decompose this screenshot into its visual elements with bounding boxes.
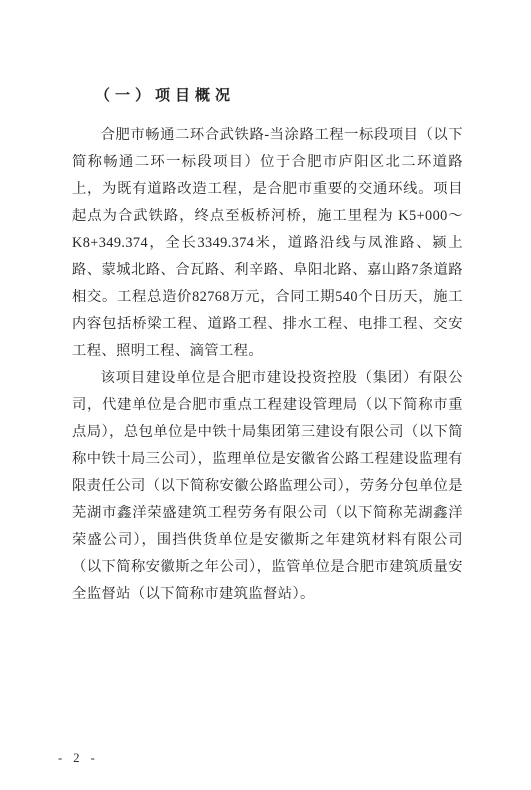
section-heading: （一）项目概况 xyxy=(72,84,463,105)
document-page: （一）项目概况 合肥市畅通二环合武铁路-当涂路工程一标段项目（以下简称畅通二环一… xyxy=(0,0,531,790)
page-number: - 2 - xyxy=(58,751,99,766)
paragraph-project-parties: 该项目建设单位是合肥市建设投资控股（集团）有限公司，代建单位是合肥市重点工程建设… xyxy=(72,365,463,608)
paragraph-project-overview: 合肥市畅通二环合武铁路-当涂路工程一标段项目（以下简称畅通二环一标段项目）位于合… xyxy=(72,122,463,365)
document-content: （一）项目概况 合肥市畅通二环合武铁路-当涂路工程一标段项目（以下简称畅通二环一… xyxy=(72,84,463,608)
